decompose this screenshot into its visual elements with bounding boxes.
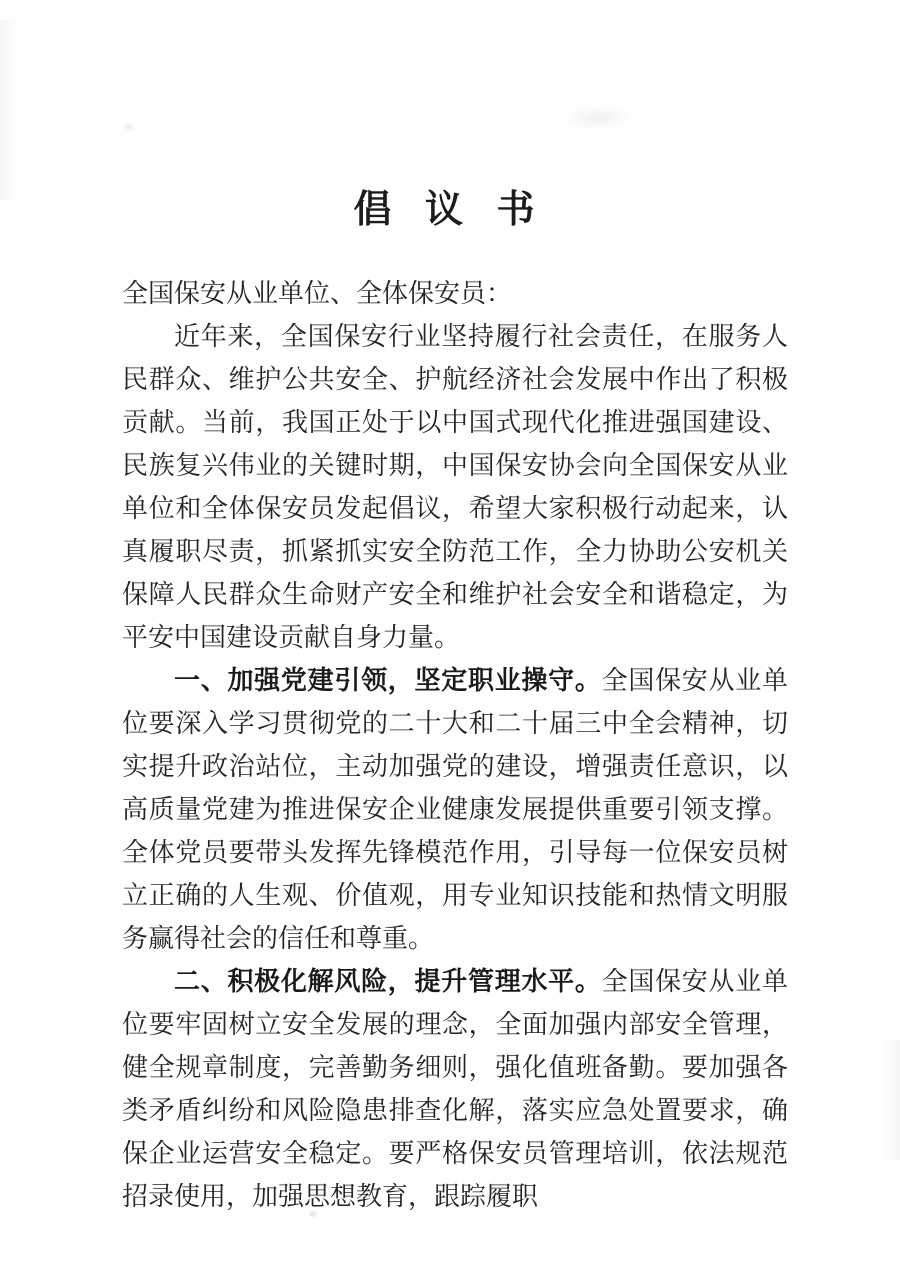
paragraph-intro-text: 近年来，全国保安行业坚持履行社会责任，在服务人民群众、维护公共安全、护航经济社会… — [122, 322, 788, 652]
paragraph-section-2: 二、积极化解风险，提升管理水平。全国保安从业单位要牢固树立安全发展的理念，全面加… — [122, 960, 788, 1218]
paragraph-section-2-heading: 二、积极化解风险，提升管理水平。 — [174, 966, 602, 996]
salutation-line: 全国保安从业单位、全体保安员： — [122, 272, 788, 315]
document-title: 倡 议 书 — [0, 0, 900, 232]
scan-edge-shadow — [884, 1040, 900, 1160]
paragraph-section-2-text: 全国保安从业单位要牢固树立安全发展的理念，全面加强内部安全管理，健全规章制度，完… — [122, 967, 788, 1211]
paragraph-section-1-heading: 一、加强党建引领，坚定职业操守。 — [174, 665, 602, 695]
paragraph-intro: 近年来，全国保安行业坚持履行社会责任，在服务人民群众、维护公共安全、护航经济社会… — [122, 315, 788, 659]
paragraph-section-1: 一、加强党建引领，坚定职业操守。全国保安从业单位要深入学习贯彻党的二十大和二十届… — [122, 659, 788, 960]
document-page: 倡 议 书 全国保安从业单位、全体保安员： 近年来，全国保安行业坚持履行社会责任… — [0, 0, 900, 1272]
document-body: 全国保安从业单位、全体保安员： 近年来，全国保安行业坚持履行社会责任，在服务人民… — [122, 272, 788, 1218]
paragraph-section-1-text: 全国保安从业单位要深入学习贯彻党的二十大和二十届三中全会精神，切实提升政治站位，… — [122, 666, 788, 953]
